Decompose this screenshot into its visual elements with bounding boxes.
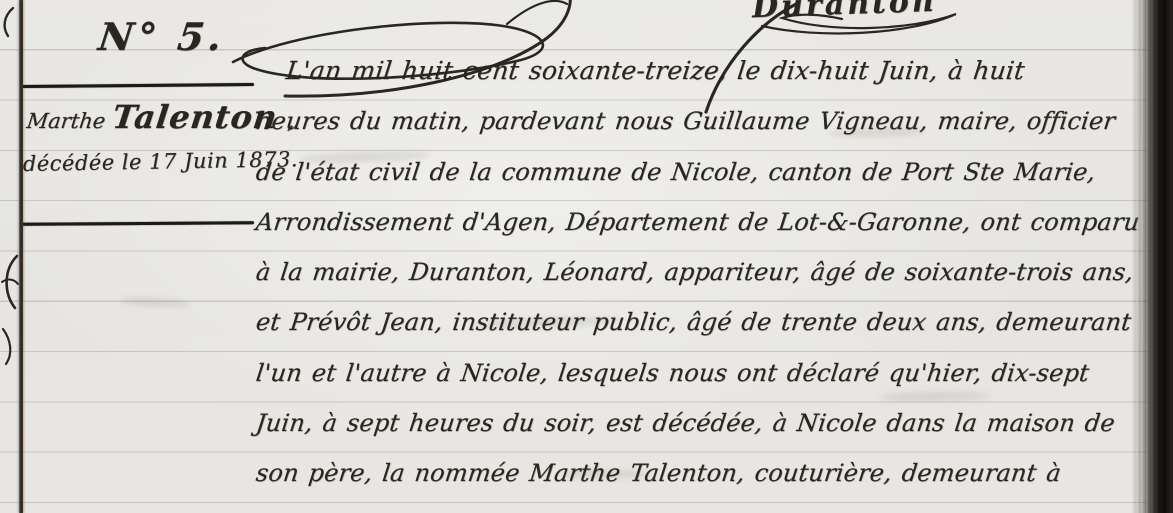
- page-binding-shadow: [1131, 0, 1173, 513]
- deceased-first-name: Marthe: [25, 109, 106, 133]
- edge-ink-fragment: [0, 6, 16, 38]
- act-line: et Prévôt Jean, instituteur public, âgé …: [253, 297, 1164, 347]
- margin-divider-top: [22, 83, 254, 88]
- act-line: Juin, à sept heures du soir, est décédée…: [253, 398, 1164, 448]
- act-line: son père, la nommée Marthe Talenton, cou…: [253, 448, 1164, 498]
- act-body-text: L'an mil huit cent soixante-treize, le d…: [253, 46, 1158, 499]
- margin-divider-bottom: [22, 221, 254, 226]
- edge-ink-fragment: [0, 252, 20, 314]
- edge-ink-fragment: [0, 324, 16, 366]
- act-line: Arrondissement d'Agen, Département de Lo…: [253, 197, 1164, 247]
- act-line: heures du matin, pardevant nous Guillaum…: [253, 96, 1164, 146]
- act-number: N° 5.: [96, 14, 228, 59]
- signature-underline-flourish: [758, 12, 963, 40]
- act-line: L'an mil huit cent soixante-treize, le d…: [253, 46, 1164, 96]
- ink-bleed-smudge: [120, 296, 190, 309]
- page-margin-rule: [19, 0, 23, 513]
- act-line: l'un et l'autre à Nicole, lesquels nous …: [253, 348, 1164, 398]
- act-line: à la mairie, Duranton, Léonard, apparite…: [253, 247, 1164, 297]
- act-line: de l'état civil de la commune de Nicole,…: [253, 147, 1164, 197]
- death-record-scan: Duranton N° 5. Marthe Talenton , décédée…: [0, 0, 1173, 513]
